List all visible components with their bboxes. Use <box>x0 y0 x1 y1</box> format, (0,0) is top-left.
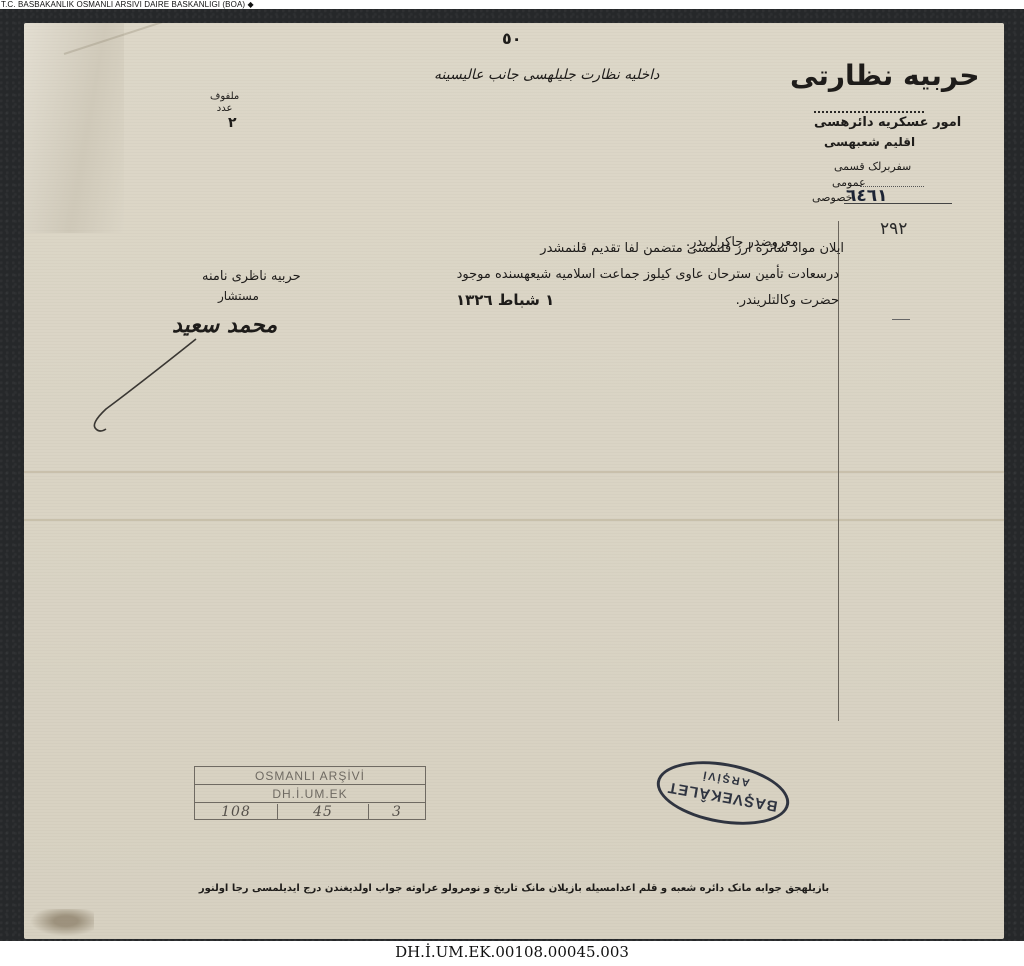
body-line-3: درسعادت تأمین سترحان عاوی کیلوز جماعت اس… <box>424 267 839 282</box>
corner-stain <box>24 909 94 939</box>
archive-stamp-collection: DH.İ.UM.EK <box>195 785 425 803</box>
attachment-label: ملفوف عدد <box>210 91 239 115</box>
attachment-label-text: ملفوف <box>210 91 239 103</box>
archive-header: T.C. BASBAKANLIK OSMANLI ARSIVI DAIRE BA… <box>0 0 337 9</box>
document-paper: ٥٠ داخلیه نظارت جلیلهسی جانب عالیسینه مل… <box>24 23 1004 939</box>
attachment-count: ٢ <box>228 115 237 131</box>
fold-line <box>24 519 1004 521</box>
reference-number: ٢٩٢ <box>880 219 907 239</box>
page-number: ٥٠ <box>502 29 522 48</box>
body-line-2: ایلان مواد سائره ارز قلنمسی متضمن لفا تق… <box>24 241 844 256</box>
archive-stamp-shirt: 45 <box>278 804 369 820</box>
letterhead-rule <box>814 111 924 113</box>
addressee-line: داخلیه نظارت جلیلهسی جانب عالیسینه <box>434 67 659 83</box>
archive-stamp-title: OSMANLI ARŞİVİ <box>195 767 425 785</box>
paper-crease <box>24 23 124 233</box>
letterhead-subtitle: امور عسکریه دائرهسی <box>814 115 961 130</box>
archive-stamp-page: 3 <box>369 804 425 820</box>
archive-stamp-box: OSMANLI ARŞİVİ DH.İ.UM.EK 108 45 3 <box>194 766 426 820</box>
private-rule <box>844 203 952 204</box>
archive-stamp-file: 108 <box>195 804 278 820</box>
letterhead-subtitle2: اقلیم شعبهسی <box>824 135 915 149</box>
catalog-reference: DH.İ.UM.EK.00108.00045.003 <box>0 941 1024 966</box>
signature-title2: مستشار <box>218 289 259 303</box>
margin-dash <box>892 319 910 320</box>
scan-background: ٥٠ داخلیه نظارت جلیلهسی جانب عالیسینه مل… <box>0 9 1024 941</box>
date: ١ شباط ١٣٢٦ <box>456 291 554 309</box>
archive-stamp-fields: 108 45 3 <box>195 803 425 820</box>
signature-flourish-icon <box>86 329 226 439</box>
fold-line <box>24 471 1004 473</box>
letterhead-title: حربیه نظارتی <box>790 59 980 92</box>
attachment-count-label: عدد <box>210 103 239 115</box>
signature-title: حربیه ناظری نامنه <box>202 269 301 284</box>
department-label: سفربرلک قسمی <box>834 160 911 173</box>
footer-print: بازیلهجق جوابه مانک دائره شعبه و قلم اعد… <box>194 883 834 894</box>
